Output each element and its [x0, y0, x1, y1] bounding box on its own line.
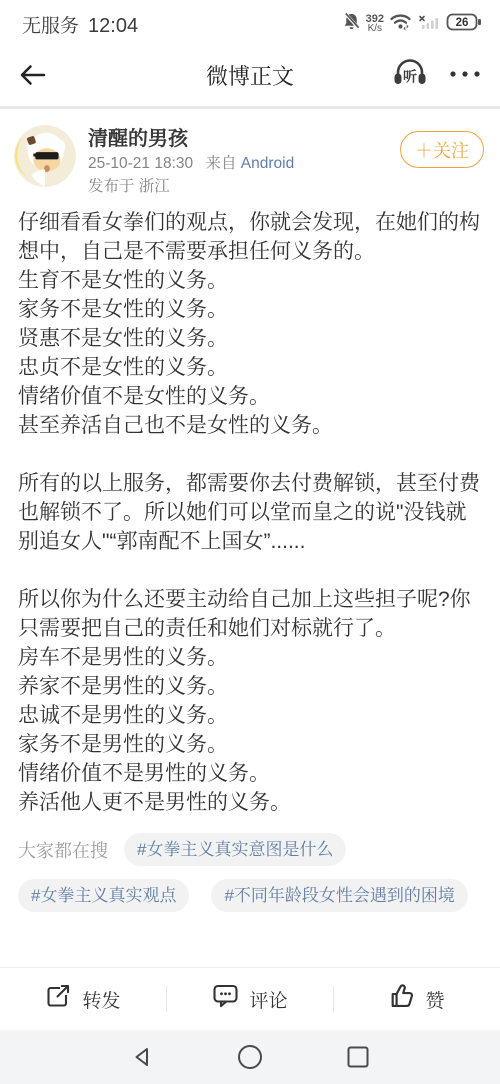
source-prefix: 来自 — [205, 155, 236, 172]
post-text-line: 家务不是女性的义务。 — [18, 295, 482, 324]
page-title: 微博正文 — [206, 60, 294, 91]
follow-button[interactable]: ＋关注 — [400, 131, 484, 168]
post-text-line: 生育不是女性的义务。 — [18, 266, 482, 295]
suggest-row-1: 大家都在搜 #女拳主义真实意图是什么 — [18, 833, 482, 866]
status-time: 12:04 — [88, 15, 138, 38]
action-toolbar: 转发 评论 赞 — [0, 967, 500, 1030]
android-home-icon[interactable] — [236, 1043, 264, 1071]
status-bar-left: 无服务 12:04 — [22, 11, 138, 38]
status-bar: 无服务 12:04 392 K/s — [0, 0, 500, 44]
thumbs-up-icon — [389, 983, 415, 1015]
post-text-line: 仔细看看女拳们的观点，你就会发现，在她们的构想中，自己是不需要承担任何义务的。 — [18, 208, 482, 266]
source-link[interactable]: Android — [241, 155, 294, 172]
comment-label: 评论 — [249, 986, 287, 1013]
post-text-line: 情绪价值不是男性的义务。 — [18, 759, 482, 788]
repost-button[interactable]: 转发 — [0, 968, 166, 1030]
network-speed-unit: K/s — [368, 24, 382, 34]
post-text-line — [18, 440, 482, 469]
network-speed-indicator: 392 K/s — [366, 14, 384, 34]
suggest-tag-2[interactable]: #女拳主义真实观点 — [18, 879, 189, 912]
listen-post-icon[interactable]: 听 — [392, 57, 428, 94]
post-text-line: 房车不是男性的义务。 — [18, 643, 482, 672]
search-suggestions: 大家都在搜 #女拳主义真实意图是什么 #女拳主义真实观点 #不同年龄段女性会遇到… — [0, 817, 500, 925]
post-text-line: 甚至养活自己也不是女性的义务。 — [18, 411, 482, 440]
comment-button[interactable]: 评论 — [167, 968, 333, 1030]
suggest-tag-1[interactable]: #女拳主义真实意图是什么 — [124, 833, 346, 866]
battery-percent: 26 — [456, 16, 469, 28]
post-text-line: 贤惠不是女性的义务。 — [18, 324, 482, 353]
post-author-meta: 清醒的男孩 25-10-21 18:30 来自 Android 发布于 浙江 — [88, 125, 294, 198]
back-arrow-icon[interactable] — [18, 63, 46, 87]
post-text-line: 所有的以上服务，都需要你去付费解锁，甚至付费也解锁不了。所以她们可以堂而皇之的说… — [18, 469, 482, 556]
post-location: 发布于 浙江 — [88, 175, 294, 198]
post-text-line: 忠诚不是男性的义务。 — [18, 701, 482, 730]
post-text-line — [18, 556, 482, 585]
listen-glyph: 听 — [403, 68, 417, 84]
post-text-line: 家务不是男性的义务。 — [18, 730, 482, 759]
repost-label: 转发 — [82, 986, 120, 1013]
like-button[interactable]: 赞 — [334, 968, 500, 1030]
post-time: 25-10-21 18:30 — [88, 155, 193, 172]
more-options-icon[interactable] — [448, 66, 482, 84]
suggest-label: 大家都在搜 — [18, 837, 108, 863]
post-meta-line: 25-10-21 18:30 来自 Android — [88, 152, 294, 175]
post-text-line: 养活他人更不是男性的义务。 — [18, 788, 482, 817]
notifications-muted-icon — [342, 12, 361, 36]
post-text-line: 养家不是男性的义务。 — [18, 672, 482, 701]
post-text: 仔细看看女拳们的观点，你就会发现，在她们的构想中，自己是不需要承担任何义务的。生… — [0, 204, 500, 817]
post-text-line: 情绪价值不是女性的义务。 — [18, 382, 482, 411]
post-text-line: 忠贞不是女性的义务。 — [18, 353, 482, 382]
nav-actions: 听 — [392, 57, 482, 94]
battery-icon: 26 — [446, 12, 482, 37]
like-label: 赞 — [425, 986, 444, 1013]
author-name[interactable]: 清醒的男孩 — [88, 126, 294, 152]
repost-icon — [45, 984, 72, 1015]
android-navigation-bar — [0, 1030, 500, 1084]
post-text-line: 所以你为什么还要主动给自己加上这些担子呢?你只需要把自己的责任和她们对标就行了。 — [18, 585, 482, 643]
suggest-row-2: #女拳主义真实观点 #不同年龄段女性会遇到的困境 — [18, 879, 482, 912]
nav-bar: 微博正文 听 — [0, 44, 500, 106]
wifi-icon — [389, 12, 412, 36]
cellular-signal-none-icon — [417, 12, 441, 36]
suggest-tag-3[interactable]: #不同年龄段女性会遇到的困境 — [211, 879, 467, 912]
post-scroll-area: 清醒的男孩 25-10-21 18:30 来自 Android 发布于 浙江 ＋… — [0, 109, 500, 967]
carrier-label: 无服务 — [22, 11, 79, 38]
android-recents-icon[interactable] — [346, 1045, 370, 1069]
status-bar-right: 392 K/s 26 — [342, 12, 482, 37]
android-back-icon[interactable] — [130, 1045, 154, 1069]
avatar[interactable] — [14, 125, 76, 187]
post-header: 清醒的男孩 25-10-21 18:30 来自 Android 发布于 浙江 ＋… — [0, 109, 500, 204]
comment-icon — [212, 983, 239, 1015]
